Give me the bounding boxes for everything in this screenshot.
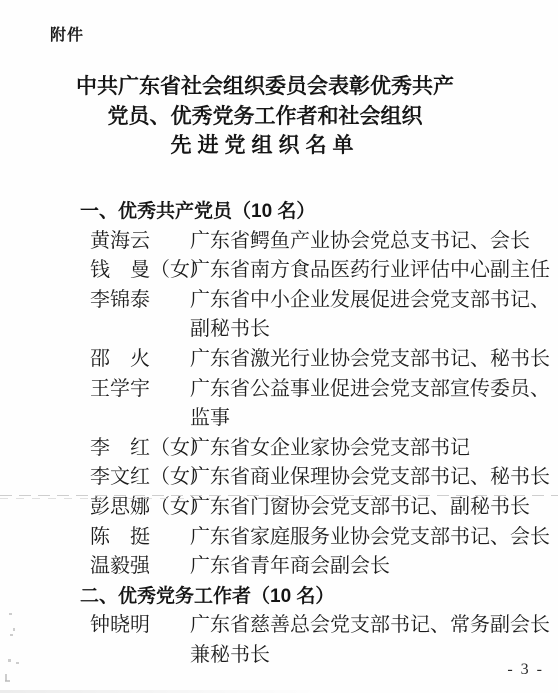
scan-smudge [5,680,10,682]
document-page: 附件 中共广东省社会组织委员会表彰优秀共产 党员、优秀党务工作者和社会组织 先进… [0,0,558,693]
member-position: 广东省南方食品医药行业评估中心副主任 [190,256,550,286]
document-title: 中共广东省社会组织委员会表彰优秀共产 党员、优秀党务工作者和社会组织 先进党组织… [0,72,530,161]
list-item: 李 红（女）广东省女企业家协会党支部书记 [0,434,558,464]
member-name: 王学宇 [90,375,190,405]
member-name: 陈 挺 [90,523,190,553]
scan-smudge [13,628,15,631]
title-line-1: 中共广东省社会组织委员会表彰优秀共产 [0,72,530,102]
member-position: 广东省中小企业发展促进会党支部书记、副秘书长 [190,286,550,345]
scan-smudge [8,659,11,662]
member-position: 广东省慈善总会党支部书记、常务副会长兼秘书长 [190,611,550,670]
scan-smudge [10,634,13,636]
list-item: 李文红（女）广东省商业保理协会党支部书记、秘书长 [0,463,558,493]
member-position: 广东省激光行业协会党支部书记、秘书长 [190,345,550,375]
list-item: 钱 曼（女）广东省南方食品医药行业评估中心副主任 [0,256,558,286]
scan-smudge [16,662,19,664]
member-name: 黄海云 [90,227,190,257]
member-name: 李 红（女） [90,434,190,464]
list-item: 钟晓明广东省慈善总会党支部书记、常务副会长兼秘书长 [0,611,558,670]
list-item: 温毅强广东省青年商会副会长 [0,552,558,582]
section-heading: 一、优秀共产党员（10 名） [0,197,558,227]
member-name: 钱 曼（女） [90,256,190,286]
member-position: 广东省鳄鱼产业协会党总支书记、会长 [190,227,550,257]
title-line-3: 先进党组织名单 [0,131,530,161]
member-position: 广东省家庭服务业协会党支部书记、会长 [190,523,550,553]
list-item: 李锦泰广东省中小企业发展促进会党支部书记、副秘书长 [0,286,558,345]
award-list: 一、优秀共产党员（10 名）黄海云广东省鳄鱼产业协会党总支书记、会长钱 曼（女）… [0,197,558,671]
list-item: 陈 挺广东省家庭服务业协会党支部书记、会长 [0,523,558,553]
member-position: 广东省女企业家协会党支部书记 [190,434,550,464]
member-name: 李锦泰 [90,286,190,316]
scan-artifact-line-secondary [0,498,210,499]
member-position: 广东省公益事业促进会党支部宣传委员、监事 [190,375,550,434]
page-number: - 3 - [507,661,544,679]
scan-artifact-line [0,495,558,496]
member-name: 温毅强 [90,552,190,582]
member-name: 邵 火 [90,345,190,375]
member-position: 广东省门窗协会党支部书记、副秘书长 [190,493,550,523]
section: 一、优秀共产党员（10 名）黄海云广东省鳄鱼产业协会党总支书记、会长钱 曼（女）… [0,197,558,582]
section: 二、优秀党务工作者（10 名）钟晓明广东省慈善总会党支部书记、常务副会长兼秘书长 [0,582,558,671]
member-name: 钟晓明 [90,611,190,641]
title-line-2: 党员、优秀党务工作者和社会组织 [0,102,530,132]
list-item: 黄海云广东省鳄鱼产业协会党总支书记、会长 [0,227,558,257]
member-name: 李文红（女） [90,463,190,493]
attachment-label: 附件 [50,22,84,45]
scan-smudge [9,613,12,615]
member-position: 广东省商业保理协会党支部书记、秘书长 [190,463,550,493]
list-item: 王学宇广东省公益事业促进会党支部宣传委员、监事 [0,375,558,434]
section-heading: 二、优秀党务工作者（10 名） [0,582,558,612]
list-item: 邵 火广东省激光行业协会党支部书记、秘书长 [0,345,558,375]
member-position: 广东省青年商会副会长 [190,552,550,582]
